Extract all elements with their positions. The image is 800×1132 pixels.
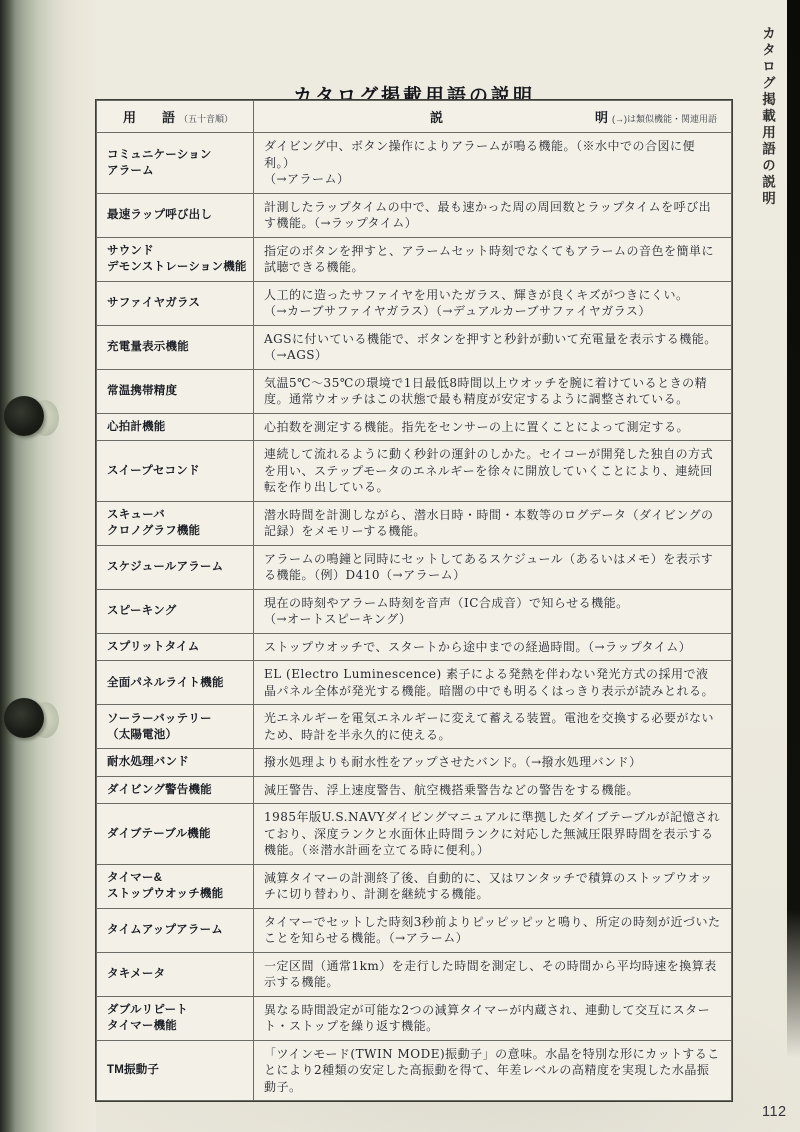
glossary-row: スイープセコンド 連続して流れるように動く秒針の運針のしかた。セイコーが開発した… bbox=[97, 441, 732, 502]
glossary-row: サウンド デモンストレーション機能 指定のボタンを押すと、アラームセット時刻でな… bbox=[97, 237, 732, 281]
glossary-description: 現在の時刻やアラーム時刻を音声（IC合成音）で知らせる機能。 （→オートスピーキ… bbox=[254, 589, 732, 633]
glossary-row: 全面パネルライト機能 EL (Electro Luminescence) 素子に… bbox=[97, 661, 732, 705]
glossary-term: サウンド デモンストレーション機能 bbox=[97, 237, 254, 281]
glossary-term: ダイブテーブル機能 bbox=[97, 804, 254, 865]
glossary-term: ダブルリピート タイマー機能 bbox=[97, 996, 254, 1040]
binder-hole-icon bbox=[4, 698, 44, 738]
glossary-term: タキメータ bbox=[97, 952, 254, 996]
glossary-description: 減圧警告、浮上速度警告、航空機搭乗警告などの警告をする機能。 bbox=[254, 776, 732, 804]
glossary-description: 異なる時間設定が可能な2つの減算タイマーが内蔵され、連動して交互にスタート・スト… bbox=[254, 996, 732, 1040]
glossary-description: AGSに付いている機能で、ボタンを押すと秒針が動いて充電量を表示する機能。 （→… bbox=[254, 325, 732, 369]
margin-tab-label: カタログ掲載用語の説明 bbox=[757, 26, 777, 256]
table-header-row: 用 語 （五十音順） 説 明 (→)は類似機能・関連用語 bbox=[97, 101, 732, 133]
desc-header-char2: 明 bbox=[595, 107, 608, 126]
book-spine-shadow bbox=[0, 0, 96, 1132]
glossary-row: ダブルリピート タイマー機能 異なる時間設定が可能な2つの減算タイマーが内蔵され… bbox=[97, 996, 732, 1040]
glossary-description: 1985年版U.S.NAVYダイビングマニュアルに準拠したダイブテーブルが記憶さ… bbox=[254, 804, 732, 865]
binder-hole-top bbox=[0, 396, 70, 440]
term-column-header: 用 語 （五十音順） bbox=[97, 101, 254, 133]
glossary-term: サファイヤガラス bbox=[97, 281, 254, 325]
glossary-description: ストップウオッチで、スタートから途中までの経過時間。（→ラップタイム） bbox=[254, 633, 732, 661]
glossary-description: アラームの鳴鐘と同時にセットしてあるスケジュール（あるいはメモ）を表示する機能。… bbox=[254, 545, 732, 589]
description-column-header: 説 明 (→)は類似機能・関連用語 bbox=[254, 101, 732, 133]
glossary-term: ダイビング警告機能 bbox=[97, 776, 254, 804]
glossary-term: スピーキング bbox=[97, 589, 254, 633]
glossary-row: スピーキング 現在の時刻やアラーム時刻を音声（IC合成音）で知らせる機能。 （→… bbox=[97, 589, 732, 633]
glossary-row: TM振動子 「ツインモード(TWIN MODE)振動子」の意味。水晶を特別な形に… bbox=[97, 1040, 732, 1101]
glossary-term: TM振動子 bbox=[97, 1040, 254, 1101]
glossary-row: ダイブテーブル機能 1985年版U.S.NAVYダイビングマニュアルに準拠したダ… bbox=[97, 804, 732, 865]
glossary-description: 指定のボタンを押すと、アラームセット時刻でなくてもアラームの音色を簡単に試聴でき… bbox=[254, 237, 732, 281]
glossary-description: 撥水処理よりも耐水性をアップさせたバンド。（→撥水処理バンド） bbox=[254, 749, 732, 777]
glossary-term: 耐水処理バンド bbox=[97, 749, 254, 777]
glossary-term: スプリットタイム bbox=[97, 633, 254, 661]
scan-edge-shadow bbox=[787, 0, 800, 1058]
glossary-row: ソーラーバッテリー （太陽電池） 光エネルギーを電気エネルギーに変えて蓄える装置… bbox=[97, 705, 732, 749]
glossary-term: 最速ラップ呼び出し bbox=[97, 193, 254, 237]
glossary-row: スキューバ クロノグラフ機能 潜水時間を計測しながら、潜水日時・時間・本数等のロ… bbox=[97, 501, 732, 545]
glossary-row: 心拍計機能 心拍数を測定する機能。指先をセンサーの上に置くことによって測定する。 bbox=[97, 413, 732, 441]
glossary-description: 人工的に造ったサファイヤを用いたガラス、輝きが良くキズがつきにくい。 （→カーブ… bbox=[254, 281, 732, 325]
desc-header-char1: 説 bbox=[430, 107, 443, 126]
glossary-row: 充電量表示機能 AGSに付いている機能で、ボタンを押すと秒針が動いて充電量を表示… bbox=[97, 325, 732, 369]
glossary-row: ダイビング警告機能 減圧警告、浮上速度警告、航空機搭乗警告などの警告をする機能。 bbox=[97, 776, 732, 804]
glossary-term: 心拍計機能 bbox=[97, 413, 254, 441]
binder-hole-icon bbox=[4, 396, 44, 436]
glossary-description: 計測したラップタイムの中で、最も速かった周の周回数とラップタイムを呼び出す機能。… bbox=[254, 193, 732, 237]
glossary-description: 「ツインモード(TWIN MODE)振動子」の意味。水晶を特別な形にカットするこ… bbox=[254, 1040, 732, 1101]
glossary-term: 全面パネルライト機能 bbox=[97, 661, 254, 705]
glossary-term: スイープセコンド bbox=[97, 441, 254, 502]
glossary-description: 一定区間（通常1km）を走行した時間を測定し、その時間から平均時速を換算表示する… bbox=[254, 952, 732, 996]
desc-header-note: (→)は類似機能・関連用語 bbox=[612, 112, 717, 125]
glossary-row: サファイヤガラス 人工的に造ったサファイヤを用いたガラス、輝きが良くキズがつきに… bbox=[97, 281, 732, 325]
glossary-term: 常温携帯精度 bbox=[97, 369, 254, 413]
glossary-term: 充電量表示機能 bbox=[97, 325, 254, 369]
glossary-description: 気温5℃～35℃の環境で1日最低8時間以上ウオッチを腕に着けているときの精度。通… bbox=[254, 369, 732, 413]
glossary-description: EL (Electro Luminescence) 素子による発熱を伴わない発光… bbox=[254, 661, 732, 705]
glossary-description: タイマーでセットした時刻3秒前よりピッピッピッと鳴り、所定の時刻が近づいたことを… bbox=[254, 908, 732, 952]
scanned-catalog-page: { "colors":{"paper":"#ece9de","table-bg"… bbox=[0, 0, 800, 1132]
glossary-description: ダイビング中、ボタン操作によりアラームが鳴る機能。（※水中での合図に便利。） （… bbox=[254, 133, 732, 194]
glossary-row: タキメータ 一定区間（通常1km）を走行した時間を測定し、その時間から平均時速を… bbox=[97, 952, 732, 996]
glossary-term: タイムアップアラーム bbox=[97, 908, 254, 952]
term-header-char2: 語 bbox=[162, 107, 175, 126]
glossary-term: スキューバ クロノグラフ機能 bbox=[97, 501, 254, 545]
glossary-description: 減算タイマーの計測終了後、自動的に、又はワンタッチで積算のストップウオッチに切り… bbox=[254, 864, 732, 908]
page-number: 112 bbox=[762, 1104, 787, 1120]
glossary-term: ソーラーバッテリー （太陽電池） bbox=[97, 705, 254, 749]
glossary-description: 光エネルギーを電気エネルギーに変えて蓄える装置。電池を交換する必要がないため、時… bbox=[254, 705, 732, 749]
binder-hole-bottom bbox=[0, 698, 70, 742]
glossary-term: コミュニケーション アラーム bbox=[97, 133, 254, 194]
glossary-row: 耐水処理バンド 撥水処理よりも耐水性をアップさせたバンド。（→撥水処理バンド） bbox=[97, 749, 732, 777]
term-header-note: （五十音順） bbox=[179, 112, 233, 125]
glossary-description: 心拍数を測定する機能。指先をセンサーの上に置くことによって測定する。 bbox=[254, 413, 732, 441]
glossary-description: 潜水時間を計測しながら、潜水日時・時間・本数等のログデータ（ダイビングの記録）を… bbox=[254, 501, 732, 545]
glossary-row: 常温携帯精度 気温5℃～35℃の環境で1日最低8時間以上ウオッチを腕に着けている… bbox=[97, 369, 732, 413]
glossary-row: 最速ラップ呼び出し 計測したラップタイムの中で、最も速かった周の周回数とラップタ… bbox=[97, 193, 732, 237]
glossary-term: タイマー& ストップウオッチ機能 bbox=[97, 864, 254, 908]
glossary-row: タイマー& ストップウオッチ機能 減算タイマーの計測終了後、自動的に、又はワンタ… bbox=[97, 864, 732, 908]
glossary-row: スプリットタイム ストップウオッチで、スタートから途中までの経過時間。（→ラップ… bbox=[97, 633, 732, 661]
glossary-row: コミュニケーション アラーム ダイビング中、ボタン操作によりアラームが鳴る機能。… bbox=[97, 133, 732, 194]
glossary-description: 連続して流れるように動く秒針の運針のしかた。セイコーが開発した独自の方式を用い、… bbox=[254, 441, 732, 502]
glossary-term: スケジュールアラーム bbox=[97, 545, 254, 589]
term-header-char1: 用 bbox=[123, 107, 136, 126]
glossary-table: 用 語 （五十音順） 説 明 (→)は類似機能・関連用語 コミュニケー bbox=[96, 100, 732, 1101]
glossary-row: タイムアップアラーム タイマーでセットした時刻3秒前よりピッピッピッと鳴り、所定… bbox=[97, 908, 732, 952]
glossary-row: スケジュールアラーム アラームの鳴鐘と同時にセットしてあるスケジュール（あるいは… bbox=[97, 545, 732, 589]
